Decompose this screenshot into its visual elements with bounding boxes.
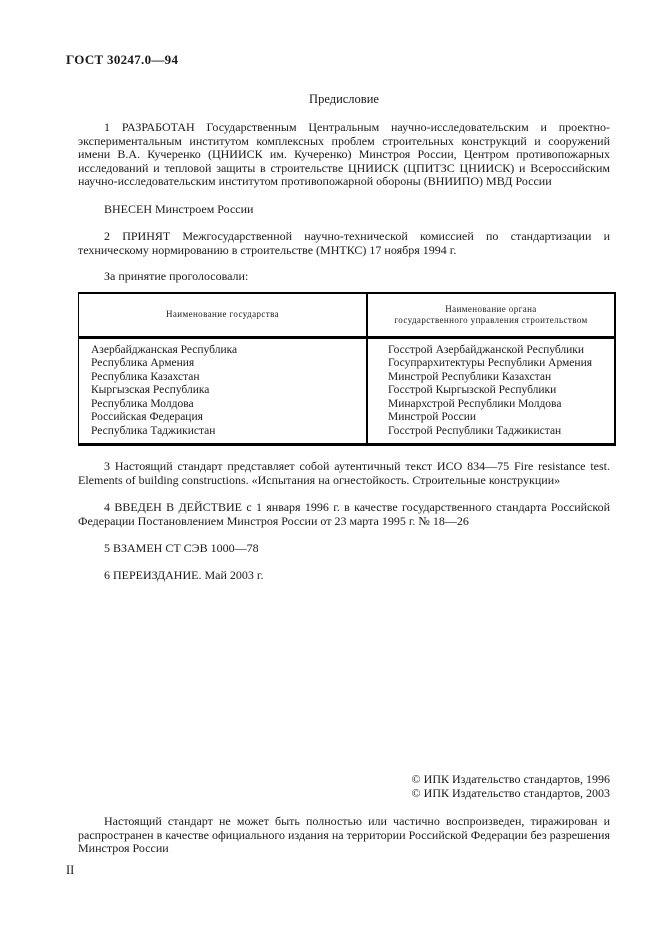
restriction-note: Настоящий стандарт не может быть полност… bbox=[78, 815, 610, 856]
table-row: Российская Федерация Минстрой России bbox=[79, 411, 616, 425]
state-cell: Республика Таджикистан bbox=[79, 425, 368, 445]
authority-cell: Минстрой России bbox=[367, 411, 615, 425]
document-code: ГОСТ 30247.0—94 bbox=[66, 52, 611, 68]
authority-cell: Госупрархитектуры Республики Армения bbox=[367, 357, 615, 371]
table-row: Азербайджанская Республика Госстрой Азер… bbox=[79, 337, 616, 357]
paragraph-adopted: 2 ПРИНЯТ Межгосударственной научно-техни… bbox=[78, 230, 610, 257]
paragraph-replaces: 5 ВЗАМЕН СТ СЭВ 1000—78 bbox=[78, 542, 610, 556]
paragraph-entered-into-force: 4 ВВЕДЕН В ДЕЙСТВИЕ с 1 января 1996 г. в… bbox=[78, 501, 610, 528]
page-number: II bbox=[66, 863, 610, 878]
document-page: ГОСТ 30247.0—94 Предисловие 1 РАЗРАБОТАН… bbox=[0, 0, 661, 936]
copyright-block: © ИПК Издательство стандартов, 1996 © ИП… bbox=[78, 772, 610, 800]
voting-table: Наименование государства Наименование ор… bbox=[78, 292, 616, 447]
state-cell: Республика Армения bbox=[79, 357, 368, 371]
paragraph-authentic-text: 3 Настоящий стандарт представляет собой … bbox=[78, 460, 610, 487]
authority-cell: Госстрой Кыргызской Республики bbox=[367, 384, 615, 398]
table-row: Республика Молдова Минархстрой Республик… bbox=[79, 398, 616, 412]
authority-cell: Минархстрой Республики Молдова bbox=[367, 398, 615, 412]
column-header-authority-line1: Наименование органа bbox=[378, 304, 604, 315]
voting-table-header-row: Наименование государства Наименование ор… bbox=[79, 293, 616, 338]
copyright-line-2003: © ИПК Издательство стандартов, 2003 bbox=[78, 786, 610, 800]
state-cell: Республика Казахстан bbox=[79, 371, 368, 385]
table-row: Кыргызская Республика Госстрой Кыргызско… bbox=[79, 384, 616, 398]
authority-cell: Госстрой Республики Таджикистан bbox=[367, 425, 615, 445]
copyright-line-1996: © ИПК Издательство стандартов, 1996 bbox=[78, 772, 610, 786]
page-title: Предисловие bbox=[78, 92, 610, 107]
state-cell: Российская Федерация bbox=[79, 411, 368, 425]
document-content: Предисловие 1 РАЗРАБОТАН Государственным… bbox=[78, 92, 610, 878]
table-row: Республика Таджикистан Госстрой Республи… bbox=[79, 425, 616, 445]
column-header-state: Наименование государства bbox=[79, 293, 368, 338]
state-cell: Республика Молдова bbox=[79, 398, 368, 412]
paragraph-reissue: 6 ПЕРЕИЗДАНИЕ. Май 2003 г. bbox=[78, 569, 610, 583]
column-header-authority: Наименование органа государственного упр… bbox=[367, 293, 615, 338]
table-row: Республика Казахстан Минстрой Республики… bbox=[79, 371, 616, 385]
paragraph-submitted: ВНЕСЕН Минстроем России bbox=[78, 203, 610, 217]
table-row: Республика Армения Госупрархитектуры Рес… bbox=[79, 357, 616, 371]
state-cell: Кыргызская Республика bbox=[79, 384, 368, 398]
state-cell: Азербайджанская Республика bbox=[79, 337, 368, 357]
voting-caption: За принятие проголосовали: bbox=[78, 270, 610, 284]
authority-cell: Минстрой Республики Казахстан bbox=[367, 371, 615, 385]
authority-cell: Госстрой Азербайджанской Республики bbox=[367, 337, 615, 357]
column-header-authority-line2: государственного управления строительств… bbox=[378, 315, 604, 326]
paragraph-developed: 1 РАЗРАБОТАН Государственным Центральным… bbox=[78, 121, 610, 189]
